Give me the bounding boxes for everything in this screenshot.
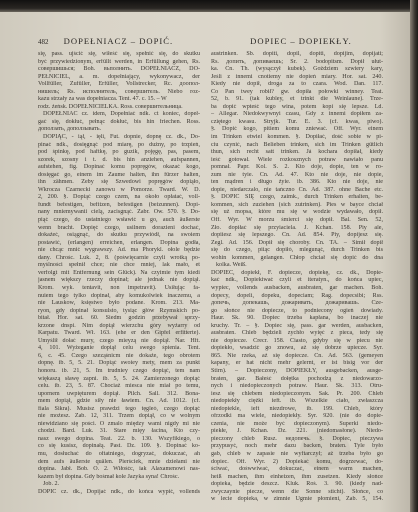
text-line: pomnał. Papr. Kol. S. 2. Kto doje, dopie…	[211, 164, 383, 172]
text-line: DOPIĆ cz. dk., Dopijać ndk., do końca wy…	[38, 489, 200, 497]
text-line: ausbraten. Chleb będzieli zychło wyięć z…	[211, 330, 383, 338]
text-line: DOPIEC, dopiekł, F. dopiecze, dopiekę, c…	[211, 270, 383, 278]
text-line: iesz się chlebem niedopieczonym. Sak. Pr…	[211, 391, 383, 399]
text-line: §. DOPIĆ SIĘ czego, zaimk., durch Trinke…	[211, 194, 383, 202]
text-line: celu. ib. 23, 5. 87. Chociaż miesca nie …	[38, 383, 200, 391]
text-line: wohin kommen, gelangen. Chłop chciał się…	[211, 255, 383, 263]
text-line: Umyślił dołać mury, czego mieyzą nie dop…	[38, 338, 200, 346]
text-line: 2, 200. §. Dopiąć czego czem, na około o…	[38, 194, 200, 202]
text-line: Zegl. Ad. 156. Dopił się choroby. Cn. TA…	[211, 240, 383, 248]
text-line: fiala Sikra). Musisz prawdzi tego tęgleó…	[38, 406, 200, 414]
text-line: совершишься; Boh. вьполнить. DOPEŁNIACZ,…	[38, 66, 200, 74]
text-line: wypiec, vollends ausbacken, ausbraten, g…	[211, 285, 383, 293]
text-line: mem dopiął, gdzie siły nie ławiem. Cn. A…	[38, 398, 200, 406]
text-line: chodzi. Bard. Luk. 31. Stare mięy łacina…	[38, 428, 200, 436]
text-line: co się kusisz, dopinałą. Past. Dz. 109. …	[38, 443, 200, 451]
text-line: więkaszą sławę zapni. ib. 5, 5. 24. Zami…	[38, 376, 200, 384]
text-line: ryon, gdy dopinał konsulsto, tysiąc głów…	[38, 308, 200, 316]
text-line: nie Lauskow, księstwo było podane. Krom.…	[38, 300, 200, 308]
text-line: cziętego kwasu. Stryjk. Tur. E. 3. (cf. …	[211, 119, 383, 127]
text-line: się uż mopsa, które mu się w wodzie wyda…	[211, 209, 383, 217]
text-line: ściwać, dośwwiwać, dokuczać, einem warm …	[211, 466, 383, 474]
text-line: kać ndk., Dopiekiwać czyli et iteratyn.,…	[211, 277, 383, 285]
text-line: mu, dosłuchać do oftatniego, dogryzać, d…	[38, 451, 200, 459]
text-line: nych i niedopieczonych potraw. Haur. Sk.…	[211, 383, 383, 391]
text-line: Kiedy nie dopił, droga za to czara. Wod.…	[211, 81, 383, 89]
text-line: braten, gar. Bałeść dołętka pochodzą z n…	[211, 376, 383, 384]
text-line: ieść gotował. Wiele rozkosznych potraw n…	[211, 157, 383, 165]
running-header-right: DOPIEC – DOPIEKŁY.	[218, 36, 384, 48]
text-line: 865. Nie rzeka, aż się dopiecze. Cn. Ad.…	[211, 353, 383, 361]
text-line: w lecie dopieka, w zimnie Ugmie płomieni…	[211, 496, 383, 504]
text-line: verfolgt mit Entfernung sein Glück). Na …	[38, 270, 200, 278]
text-line: ten mądren i długo żyie. ib. 386. Kto ni…	[211, 179, 383, 187]
text-line: niedopiekle, ieft niezdrowe, ib. 199. Ch…	[211, 406, 383, 414]
text-line: być przywiedzionym, erfüllt werden, in E…	[38, 59, 200, 67]
text-line: доползать, доползывать.	[38, 126, 200, 134]
text-line: ofrzodki ma wiele, niedopiekły. Syr. 920…	[211, 413, 383, 421]
text-line: dosięgać go, einem im Zaume halten, ihn …	[38, 172, 200, 180]
text-line: gab, chleb w zapasie nie wyftarczył; aż …	[211, 451, 383, 459]
text-line: допечь, допекашь, дожаривать, дожаривашь…	[211, 300, 383, 308]
dictionary-page: 482 DOPEŁNIACZ – DOPIĆ. DOPIEC – DOPIEKŁ…	[0, 10, 412, 512]
text-line: DOPEŁNIAĆ cz. idem, Dopełniać ndk. ct ko…	[38, 111, 200, 119]
text-line: Stirn). – Dopieczony, DOPIEKŁY, ausgebac…	[211, 368, 383, 376]
text-line: pieczony chleb Rusz. недопечь. §. Dopiec…	[211, 436, 383, 444]
text-line: kommen, sich zuziehen (sich zutrinken). …	[211, 202, 383, 210]
text-line: nuiem tego tylko dopinał, aby komukolwie…	[38, 293, 200, 301]
text-line: krzone dnspi. Nim dopiął wierzchu góry w…	[38, 323, 200, 331]
right-text-column: austrinken. Sb. dopiti, dopil, dopiti, d…	[211, 51, 383, 504]
text-line: Karpatu. Tward. Wł. 163. (ehe er den Gip…	[38, 330, 200, 338]
text-line: Zło. dopiłać się przyiaciela. J. Kchan. …	[211, 225, 383, 233]
text-line: niewidziano się pości. O zmalo między wa…	[38, 421, 200, 429]
text-line: dopie, niedarczalo, nie tańczno Cn. Ad. …	[211, 187, 383, 195]
text-line: ciu czynić, nach Belieben trinken, sich …	[211, 142, 383, 150]
header-left-title: DOPEŁNIACZ – DOPIĆ.	[64, 36, 173, 46]
text-line: nie dopiecze. Crecr. 158. Ciasto, gdyby …	[211, 338, 383, 346]
scan-background: 482 DOPEŁNIACZ – DOPIĆ. DOPIEC – DOPIEKŁ…	[0, 0, 418, 512]
text-line: 52, b. 91. (tak kubley, et trinkt die We…	[211, 96, 383, 104]
text-line: ihn zähmen. Żeby się Szwedowi popręgów d…	[38, 179, 200, 187]
text-line: DOPIĄĆ, - iął, - ięli, Fut. dopnie, dopn…	[38, 134, 200, 142]
text-line: 4, 101. Wyżeganie dopiął celu swego śpie…	[38, 345, 200, 353]
text-line: nasz swego dopina. Teat. 22. b. 130. Wsz…	[38, 436, 200, 444]
text-line: – Allegar. Niedokwywnyi czasu, Gdy z inn…	[211, 111, 383, 119]
text-line: dopecy, dopeli, dopeku, dopeciam; Rag. d…	[211, 293, 383, 301]
text-line: myślności spełnił chce; nie chce mniej, …	[38, 262, 200, 270]
text-line: nany mniemywanii cielą, zacisgnąć. Zabr.…	[38, 209, 200, 217]
scanner-top-shadow	[0, 0, 418, 12]
page-edge-shadow	[410, 0, 418, 512]
text-line: kapany, er hat nicht mehr gelernt, er is…	[211, 360, 383, 368]
text-line: upornem uwpięturem dopiął. Pilch. Sall. …	[38, 391, 200, 399]
text-line: Krom. wyk. tentavit, non impetravit). Us…	[38, 285, 200, 293]
text-line: dopiec. Off. Wyr. 2) Dopiekać komu, dogr…	[211, 459, 383, 467]
text-line: Vollfüller, Zufüller, Erfüller, Vollstre…	[38, 81, 200, 89]
text-line: dany. Chrośc. Luk. 2, 8. (poświęcarnie c…	[38, 255, 200, 263]
text-line: go słońce nie dopiecze, to podniecony og…	[211, 308, 383, 316]
text-line: przypusyć, noch mehr dazu backen, braten…	[211, 443, 383, 451]
text-line: Jeśli z innemi cnotiemy nie dopień miary…	[211, 74, 383, 82]
text-line: się do czego, piiąc dopiłó, mlegunąć, du…	[211, 247, 383, 255]
text-line: im Trinken etwiel kommen. §. Dopiłać, do…	[211, 134, 383, 142]
text-line: Haur. Sk. 90. Dopiec trzeba kapłana, bo …	[211, 315, 383, 323]
text-line: kazu strzały za was dopełniacza. Tent. 4…	[38, 96, 200, 104]
text-line: dopina. Jabł. Bob. O. 2. Wiłośćc, iak Al…	[38, 466, 200, 474]
text-line: wenn bracht. Dopięć czego, usilnem doraz…	[38, 225, 200, 233]
text-line: zum nie tyie. Cn. Ad. 47. Kto nie doje, …	[211, 172, 383, 180]
text-line: czenia, nie może być dopieczonym). Super…	[211, 421, 383, 429]
text-line: ba dopić wpteść tego wina, potem kopi si…	[211, 104, 383, 112]
text-line: aufstehen, fig. Dopinać komu popręgów, o…	[38, 164, 200, 172]
text-line: dopnę. ib. 5, 5. 21. Dopiąć swoiey mety,…	[38, 360, 200, 368]
text-line: Off. Wyr. W morzu śmierci się dopił. Bal…	[211, 217, 383, 225]
text-line: pod śpinkę, pod haftkę, po guzik, pojęgę…	[38, 149, 200, 157]
text-line: piekłe, J. Kchan. Dz. 221. (niedomasłone…	[211, 428, 383, 436]
text-line: thun, sich recht satt trinken. Jà kochar…	[211, 149, 383, 157]
text-line: kolka. Weiß.	[211, 262, 383, 270]
text-line: нишель; Rs. исполнитель, совершитель. Ni…	[38, 89, 200, 97]
text-line: jasnem większy rzeczy dopinał; ale jedna…	[38, 277, 200, 285]
text-line: heiß machen, ihm einheizen, ihm zusetzen…	[211, 474, 383, 482]
text-line: honoru. ib. 21, 5. Im trudniey czego dop…	[38, 368, 200, 376]
text-line: się, pass. ujścić się, wiłeść się, spełn…	[38, 51, 200, 59]
text-line: gać się, dokłuć, pełnąc dokłuć, bis hin …	[38, 119, 200, 127]
running-header-left: 482 DOPEŁNIACZ – DOPIĆ.	[38, 36, 200, 48]
text-line: pinać ndk., dosięgnąć pod miarę, po dużn…	[38, 142, 200, 150]
text-line: §. Dopić kogo, pitiem komu zniewać. Off.…	[211, 126, 383, 134]
left-text-column: się, pass. ujścić się, wiłeść się, spełn…	[38, 51, 200, 496]
text-line: postawić, (erlangen) erreichen, erlangen…	[38, 240, 200, 248]
text-line: austrinken. Sb. dopiti, dopil, dopiti, d…	[211, 51, 383, 59]
page-number: 482	[38, 38, 49, 46]
text-line: 6, c. 45. Czego szeząśnicm nie dokaże, t…	[38, 353, 200, 361]
text-line: dopiekło, wsadzić go znowu, aż się dobrz…	[211, 345, 383, 353]
text-line: nie chcąc mnić wygrawszy. Ad. ma Phorykl…	[38, 247, 200, 255]
text-line: ka. Cn. Th. (wysączył kubek). Gożdziem s…	[211, 66, 383, 74]
text-line: dopiiesz się lepszego. Cn. Ad. 854. Piy,…	[211, 232, 383, 240]
text-line: Rs. допить, допиваешь; Sr. 2. bodopitsm.…	[211, 59, 383, 67]
text-line: kruchy. Tr. – §. Dopiec się, pass. gar w…	[211, 323, 383, 331]
text-line: PEŁNICIEL, a. m. dopełniający, wykonywac…	[38, 74, 200, 82]
text-line: dokażeć, osiągnąć, do skutku przywiódł, …	[38, 232, 200, 240]
text-line: niedopiekły ciężki ieft. ib. Wszelkie ci…	[211, 398, 383, 406]
text-line: nie możesz. Zab. 12, 311. Trzem dopiął, …	[38, 413, 200, 421]
text-line: bitał. Hor. sat. 60. Siedm godzin przeby…	[38, 315, 200, 323]
text-line: szorek, szosny i t. d. bis hin anziehen,…	[38, 157, 200, 165]
text-line: Co Pan twey robił? gw. dopiła połowki wi…	[211, 89, 383, 97]
text-line: zwyczaynie piecze, wenn die Sonne sticht…	[211, 489, 383, 497]
header-right-title: DOPIEC – DOPIEKŁY.	[250, 36, 352, 46]
text-line: dem aufs äußerste quälen. Pierściek, mni…	[38, 459, 200, 467]
text-line: Job. 2.	[38, 481, 200, 489]
text-line: kazem był dopina. Gdy bośmał kole Jazyka…	[38, 474, 200, 482]
text-line: fundt befestigen, befitzen, befestigen (…	[38, 202, 200, 210]
text-line: Wkrocza Czarnecki zanowu w Pomorze. Twar…	[38, 187, 200, 195]
text-line: dopieka, będzie deszcz. Kluk. Roś. 3. 90…	[211, 481, 383, 489]
text-line: rodz. żeńsk. DOPEŁNICIELKA. Ross. соверш…	[38, 104, 200, 112]
text-line: piąć czego, do ustatniego wsławić u go, …	[38, 217, 200, 225]
